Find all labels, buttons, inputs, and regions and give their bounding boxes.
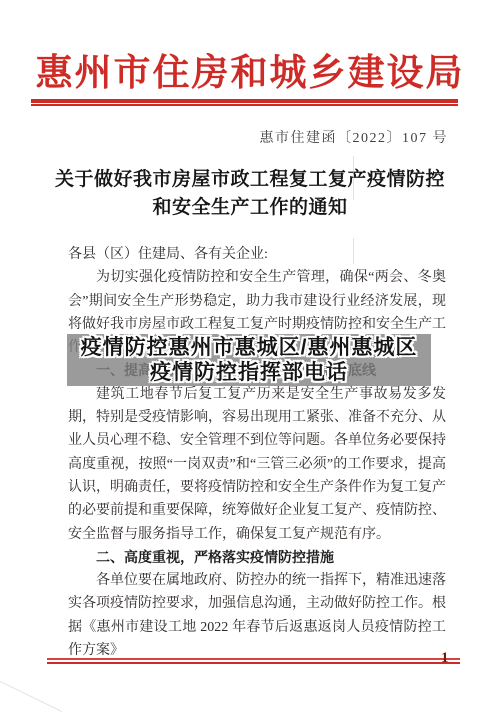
watermark-caption-line2: 疫情防控指挥部电话 <box>150 360 348 385</box>
page-number: 1 <box>441 648 449 668</box>
scan-artifact-line <box>353 156 354 200</box>
section-heading-2: 二、高度重视，严格落实疫情防控措施 <box>68 546 446 569</box>
scan-artifact-line <box>353 238 354 264</box>
salutation: 各县（区）住建局、各有关企业: <box>68 243 446 266</box>
doc-number: 惠市住建函〔2022〕107 号 <box>260 127 449 147</box>
paragraph-3: 各单位要在属地政府、防控办的统一指挥下，精准迅速落实各项疫情防控要求，加强信息沟… <box>68 569 446 662</box>
letterhead-rule <box>31 99 458 106</box>
watermark-caption-overlay: 疫情防控惠州市惠城区/惠州惠城区 疫情防控指挥部电话 <box>67 334 431 386</box>
agency-letterhead: 惠州市住房和城乡建设局 <box>0 42 500 96</box>
notice-title-line2: 和安全生产工作的通知 <box>0 194 500 222</box>
document-body: 各县（区）住建局、各有关企业: 为切实强化疫情防控和安全生产管理，确保“两会、冬… <box>68 243 446 662</box>
footer-rule <box>47 658 460 664</box>
scan-crease-mark <box>0 676 62 712</box>
notice-title: 关于做好我市房屋市政工程复工复产疫情防控 和安全生产工作的通知 <box>0 166 500 222</box>
notice-title-line1: 关于做好我市房屋市政工程复工复产疫情防控 <box>0 166 500 194</box>
watermark-caption-line1: 疫情防控惠州市惠城区/惠州惠城区 <box>81 335 418 360</box>
paragraph-2: 建筑工地春节后复工复产历来是安全生产事故易发多发期，特别是受疫情影响，容易出现用… <box>68 383 446 546</box>
document-page: 惠州市住房和城乡建设局 惠市住建函〔2022〕107 号 关于做好我市房屋市政工… <box>0 0 500 712</box>
